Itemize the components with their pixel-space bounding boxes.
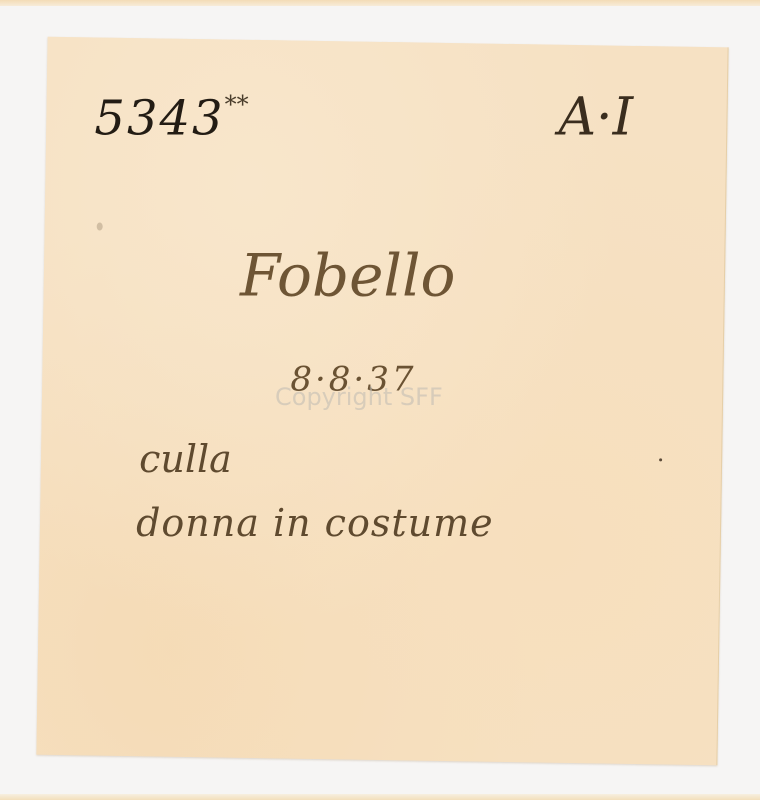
section-code: A·I bbox=[558, 87, 633, 147]
paper-stain bbox=[97, 222, 103, 230]
subject-line: culla bbox=[139, 437, 232, 481]
index-card: 5343** A·I Fobello 8·8·37 culla donna in… bbox=[36, 37, 728, 766]
paper-speck bbox=[659, 458, 662, 461]
catalog-number-value: 5343 bbox=[94, 91, 224, 147]
scan-top-edge bbox=[0, 0, 760, 6]
date: 8·8·37 bbox=[290, 360, 416, 400]
place-name: Fobello bbox=[240, 241, 455, 309]
catalog-marks: ** bbox=[225, 91, 249, 119]
catalog-number: 5343** bbox=[94, 91, 248, 147]
subject-line: donna in costume bbox=[136, 501, 494, 545]
scan-bottom-edge bbox=[0, 794, 760, 800]
